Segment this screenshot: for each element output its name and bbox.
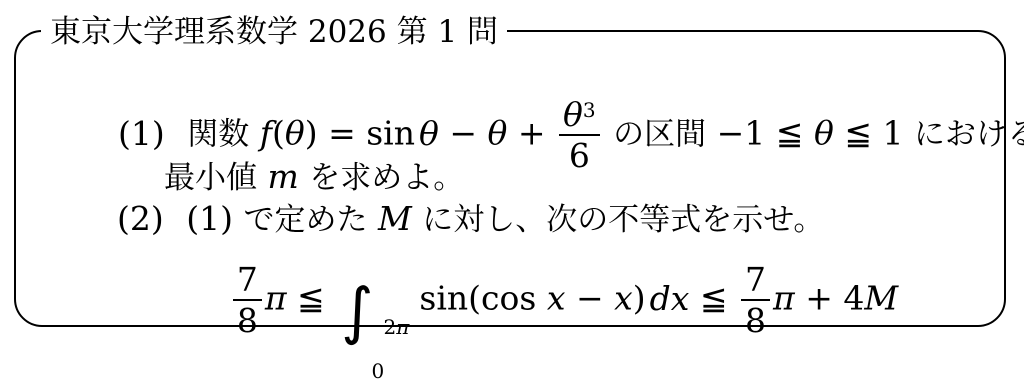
fraction-7-over-8-right: 78 xyxy=(741,263,770,337)
item-2-label: (2) xyxy=(117,199,164,238)
math-rparen: ) xyxy=(633,279,646,318)
math-minus: − xyxy=(449,114,477,153)
problem-box-title: 東京大学理系数学 2026 第 1 問 xyxy=(41,13,507,51)
display-equation: 78π ≦ ∫2π0sin(cos x − x)dx ≦ 78π + 4M xyxy=(124,263,1004,339)
left-frac-den: 8 xyxy=(233,299,262,337)
text-sadameta: で定めた xyxy=(244,202,368,238)
math-lparen: ( xyxy=(272,114,285,153)
right-frac-den: 8 xyxy=(741,299,770,337)
math-minus-eq: − xyxy=(576,279,604,318)
integral-upper-2: 2 xyxy=(384,315,397,339)
problem-2-line: (2) (1) で定めた M に対し、次の不等式を示せ。 xyxy=(117,202,824,236)
item-1-label: (1) xyxy=(118,114,165,153)
fraction-7-over-8-left: 78 xyxy=(233,263,262,337)
math-eq-sin: ) = sin xyxy=(305,114,415,153)
leq-symbol-right: ≦ xyxy=(700,279,728,318)
math-ineq-left: −1 ≦ xyxy=(717,114,804,153)
math-x-2: x xyxy=(614,279,633,318)
integral-limits: 2π0 xyxy=(372,317,410,339)
math-plus: + xyxy=(518,114,546,153)
fraction-denominator: 6 xyxy=(559,134,600,172)
math-dx: dx xyxy=(650,279,690,318)
text-kansu: 関数 xyxy=(187,117,249,153)
fraction-theta-cubed-over-6: θ36 xyxy=(559,98,600,172)
math-theta-sin: θ xyxy=(419,114,439,153)
text-saishouchi: 最小値 xyxy=(164,160,257,196)
right-frac-num: 7 xyxy=(741,263,770,299)
math-M-eq: M xyxy=(864,279,898,318)
fraction-numerator-theta: θ xyxy=(563,95,583,134)
math-f: f xyxy=(260,114,272,153)
left-frac-num: 7 xyxy=(233,263,262,299)
math-plus-4: + 4 xyxy=(805,279,864,318)
math-theta-mid: θ xyxy=(814,114,834,153)
leq-symbol-left: ≦ xyxy=(297,279,325,318)
fraction-numerator-exponent: 3 xyxy=(583,98,596,122)
text-futoushiki: に対し、次の不等式を示せ。 xyxy=(422,202,824,238)
problem-box: 東京大学理系数学 2026 第 1 問 (1) 関数 f(θ) = sinθ −… xyxy=(14,30,1006,327)
text-kukan: の区間 xyxy=(613,117,706,153)
integral-sign: ∫ xyxy=(341,280,373,339)
math-theta-arg: θ xyxy=(285,114,305,153)
text-okeru-saidaichi: における最大値 xyxy=(914,117,1024,153)
ref-item-1: (1) xyxy=(186,199,233,238)
integral-upper-pi: π xyxy=(396,315,409,339)
math-x-1: x xyxy=(547,279,566,318)
problem-1-line-2: 最小値 m を求めよ。 xyxy=(164,160,464,194)
math-ineq-right: ≦ 1 xyxy=(844,114,903,153)
math-M-2: M xyxy=(378,199,412,238)
math-sin-cos: sin(cos xyxy=(419,279,536,318)
math-pi-left: π xyxy=(265,279,287,318)
text-motomeyo: を求めよ。 xyxy=(309,160,464,196)
math-m: m xyxy=(268,157,299,196)
math-theta-2: θ xyxy=(488,114,508,153)
math-pi-right: π xyxy=(773,279,795,318)
